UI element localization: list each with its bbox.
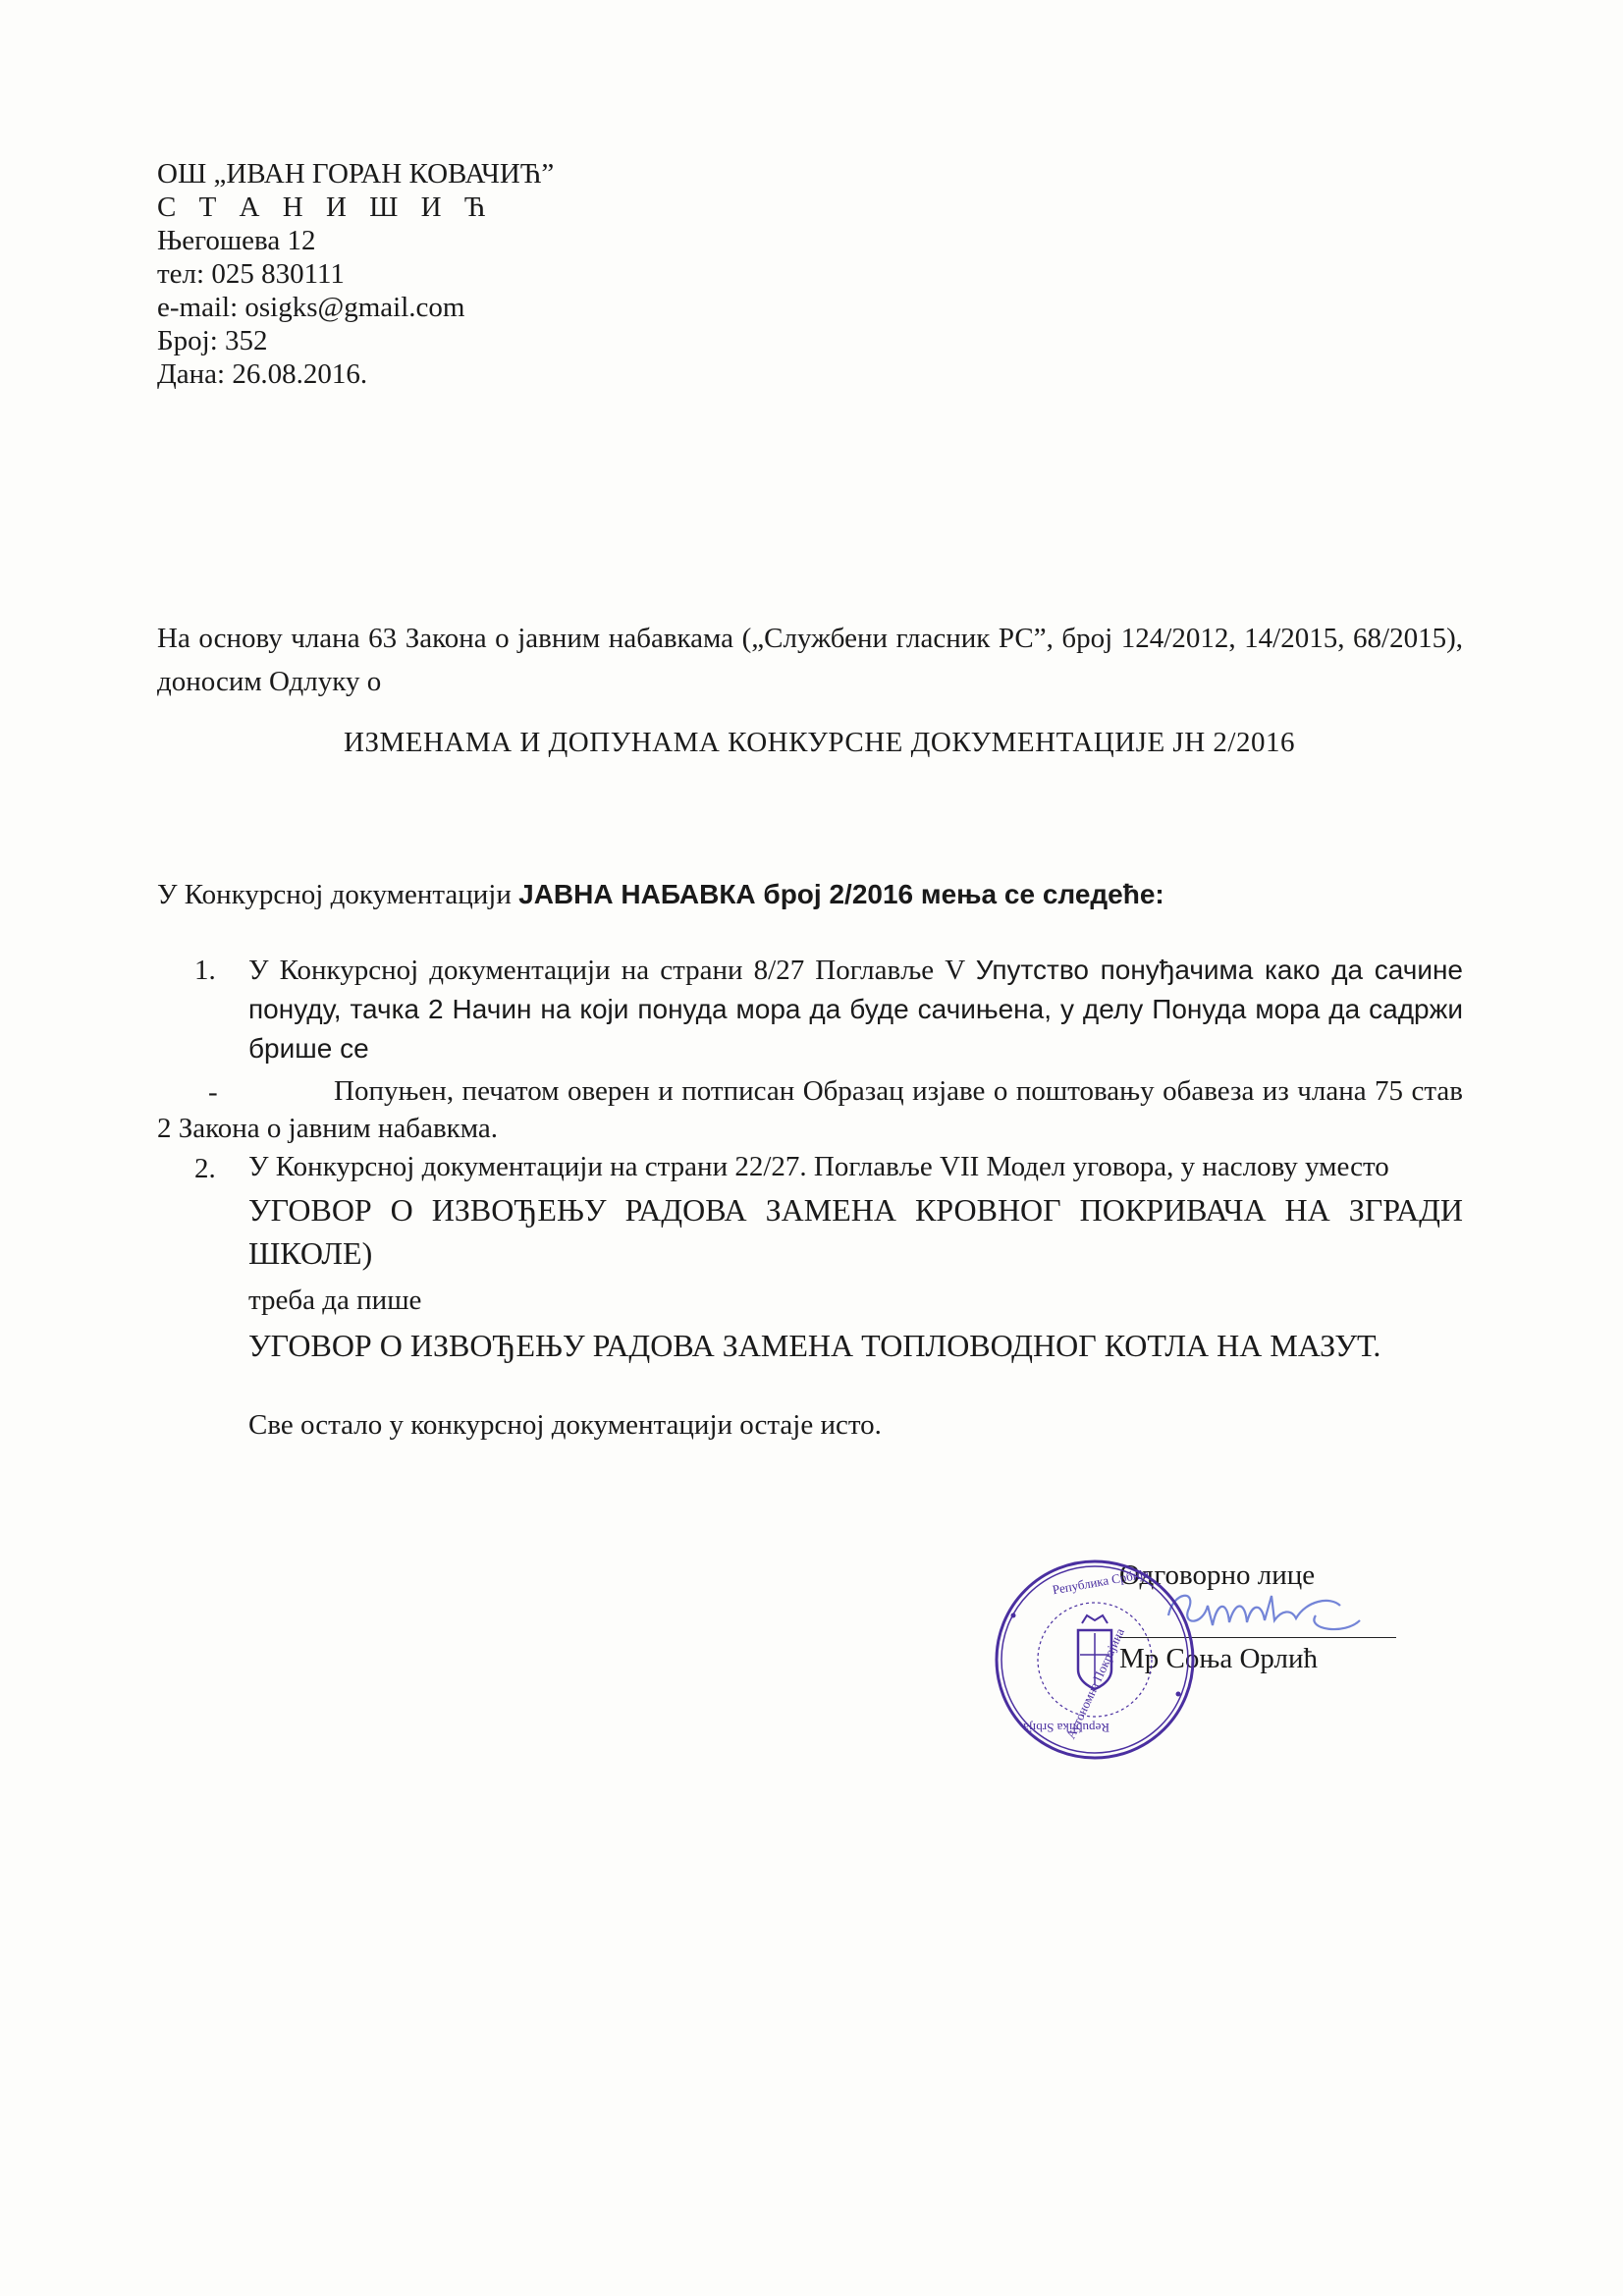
item-text: У Конкурсној документацији на страни 8/2…	[248, 951, 1463, 1068]
school-name: ОШ „ИВАН ГОРАН КОВАЧИЋ”	[157, 157, 554, 191]
list-item-2: 2. У Конкурсној документацији на страни …	[157, 1149, 1463, 1365]
bullet-text: Попуњен, печатом оверен и потписан Образ…	[157, 1072, 1463, 1147]
connector-text: треба да пише	[248, 1281, 1463, 1320]
document-number: Број: 352	[157, 324, 554, 357]
item-text: У Конкурсној документацији на страни 22/…	[248, 1149, 1463, 1184]
item-number: 1.	[194, 951, 216, 990]
decision-title: ИЗМЕНАМА И ДОПУНАМА КОНКУРСНЕ ДОКУМЕНТАЦ…	[344, 727, 1295, 759]
school-phone: тел: 025 830111	[157, 257, 554, 291]
item-number: 2.	[194, 1149, 216, 1188]
lead-bold: ЈАВНА НАБАВКА број 2/2016 мења се следећ…	[518, 879, 1164, 909]
list-item-1: 1. У Конкурсној документацији на страни …	[157, 951, 1463, 1147]
lead-sentence: У Конкурсној документацији ЈАВНА НАБАВКА…	[157, 879, 1164, 911]
bullet-dash: -	[208, 1072, 218, 1112]
document-date: Дана: 26.08.2016.	[157, 357, 554, 391]
svg-text:Republika Srbija: Republika Srbija	[1023, 1721, 1109, 1735]
official-stamp: Република Србија Аутономна Покрајина Rep…	[992, 1557, 1198, 1763]
school-address: Његошева 12	[157, 224, 554, 257]
bullet-row: - Попуњен, печатом оверен и потписан Обр…	[157, 1072, 1463, 1147]
old-contract-title: УГОВОР О ИЗВОЂЕЊУ РАДОВА ЗАМЕНА КРОВНОГ …	[248, 1188, 1463, 1275]
letterhead: ОШ „ИВАН ГОРАН КОВАЧИЋ” С Т А Н И Ш И Ћ …	[157, 157, 554, 391]
item-text-serif: У Конкурсној документацији на страни 8/2…	[248, 955, 976, 986]
school-place: С Т А Н И Ш И Ћ	[157, 191, 554, 224]
intro-paragraph: На основу члана 63 Закона о јавним набав…	[157, 617, 1463, 703]
school-email: e-mail: osigks@gmail.com	[157, 291, 554, 324]
lead-prefix: У Конкурсној документацији	[157, 879, 518, 910]
new-contract-title: УГОВОР О ИЗВОЂЕЊУ РАДОВА ЗАМЕНА ТОПЛОВОД…	[248, 1326, 1463, 1365]
closing-sentence: Све остало у конкурсној документацији ос…	[248, 1409, 882, 1442]
